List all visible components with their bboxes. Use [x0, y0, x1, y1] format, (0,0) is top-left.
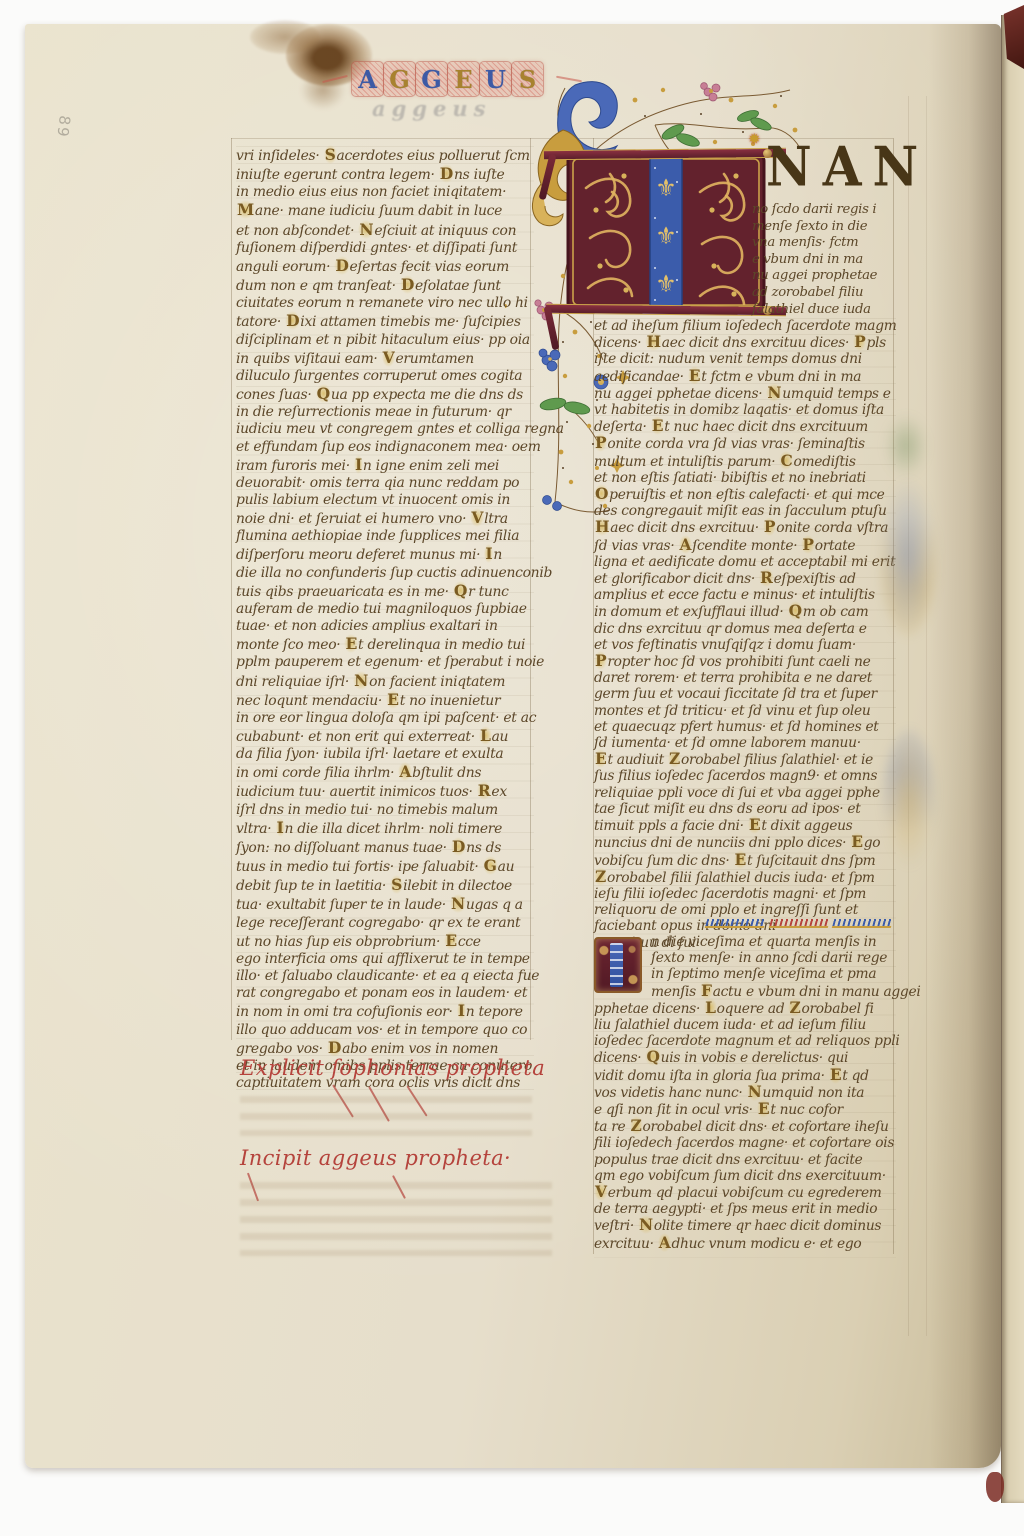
text-line: ad zorobabel filiu: [752, 285, 902, 302]
manuscript-photo: { "meta": { "description": "Illuminated …: [0, 0, 1024, 1536]
text-line: tua· exultabit ſuper te in laude· Nugas …: [236, 895, 534, 914]
text-line: dic dns exrcituu qr domus mea deſerta e: [594, 621, 896, 637]
text-line: ſd vias vras· Aſcendite monte· Portate: [594, 537, 896, 554]
initial-panel: ⚜ ⚜ ⚜: [566, 148, 766, 316]
text-line: diluculo ſurgentes corruperut omes cogit…: [236, 368, 534, 385]
ruling-line: [926, 96, 927, 1336]
text-line: nuncius dni de nunciis dni pplo dices· E…: [594, 834, 896, 851]
text-line: iudiciu meu vt congregem gntes et collig…: [236, 421, 534, 438]
text-line: lege receſſerant cogregabo· qr ex te era…: [236, 915, 534, 932]
text-line: Operuiſtis et non eſtis calefacti· et qu…: [594, 486, 896, 503]
text-line: tuus in medio tui fortis· ipe ſaluabit· …: [236, 857, 534, 876]
bleed-through-text: [240, 1096, 532, 1136]
text-line: ſalathiel duce iuda: [752, 302, 902, 319]
text-line: in ore eor lingua doloſa qm ipi paſcent·…: [236, 710, 534, 727]
text-line: vos videtis hanc nunc· Numquid non ita: [594, 1084, 896, 1101]
text-line: aedificandae· Et fctm e vbum dni in ma: [594, 368, 896, 385]
right-column-opening: no ſcdo darii regis imenſe ſexto in diev…: [752, 202, 902, 318]
text-line: iniuſte egerunt contra legem· Dns iuſte: [236, 165, 534, 184]
text-line: vltra· In die illa dicet ihrlm· noli tim…: [236, 819, 534, 838]
text-line: reliquoru de omi pplo et ingreſſi ſunt e…: [594, 902, 896, 918]
text-line: exrcituu· Adhuc vnum modicu e· et ego: [594, 1235, 896, 1252]
text-line: pphetae dicens· Loquere ad Zorobabel fi: [594, 1000, 896, 1017]
gold-star-icon: ✹: [748, 130, 761, 148]
text-line: ioſedec ſacerdote magnum et ad reliquos …: [594, 1033, 896, 1049]
text-line: debit ſup te in laetitia· Silebit in dil…: [236, 876, 534, 895]
text-line: liu ſalathiel ducem iuda· et ad ieſum fi…: [594, 1017, 896, 1033]
text-line: gregabo vos· Dabo enim vos in nomen: [236, 1039, 534, 1058]
text-line: anguli eorum· Deſertas fecit vias eorum: [236, 257, 534, 276]
text-line: dum non e qm tranſeat· Deſolatae ſunt: [236, 276, 534, 295]
text-line: e vbum dni in ma: [752, 252, 902, 269]
text-line: nec loqunt mendaciu· Et no inuenietur: [236, 691, 534, 710]
text-line: montes et ſd triticu· et ſd vinu et ſup …: [594, 703, 896, 719]
text-line: iſrl dns in medio tui· no timebis malum: [236, 802, 534, 819]
heading-letter: A: [352, 62, 383, 96]
text-line: pulis labium electum vt inuocent omis in: [236, 492, 534, 509]
text-line: ieſu filii ioſedec ſacerdotis magni· et …: [594, 886, 896, 902]
text-line: tatore· Dixi attamen timebis me· ſuſcipi…: [236, 312, 534, 331]
text-line: ſyon: no diſſoluant manus tuae· Dns ds: [236, 838, 534, 857]
text-line: tae ſicut miſit eu dns ds eoru ad ipos· …: [594, 801, 896, 817]
text-line: vri inſideles· Sacerdotes eius polluerut…: [236, 146, 534, 165]
text-line: germ ſuu et vocaui ſiccitate ſd tra et ſ…: [594, 686, 896, 702]
text-line: noie dni· et ſeruiat ei humero vno· Vltr…: [236, 509, 534, 528]
ruling-line: [908, 96, 909, 1336]
text-line: et vos feſtinatis vnuſqiſqz i domu ſuam·: [594, 637, 896, 653]
text-line: ta re Zorobabel dicit dns· et cofortare …: [594, 1118, 896, 1135]
adjacent-page-edge: [1001, 15, 1024, 1503]
text-line: Mane· mane iudiciu ſuum dabit in luce: [236, 201, 534, 220]
fleur-de-lis-icon: ⚜: [655, 222, 677, 250]
bleed-through-decor: [884, 730, 934, 870]
text-line: veſtri· Nolite timere qr haec dicit domi…: [594, 1217, 896, 1234]
right-column-part1: et ad iheſum filium ioſedech ſacerdote m…: [594, 318, 896, 951]
text-line: diſperſoru meoru deferet munus mi· In: [236, 545, 534, 564]
text-line: et effundam ſup eos indignaconem mea· oe…: [236, 439, 534, 456]
text-line: reliquiae ppli voce di ſui et vba aggei …: [594, 785, 896, 801]
text-line: da filia ſyon· iubila iſrl· laetare et e…: [236, 746, 534, 763]
text-line: monte ſco meo· Et derelinqua in medio tu…: [236, 635, 534, 654]
text-line: fili ioſedech ſacerdos magne· et coforta…: [594, 1135, 896, 1151]
text-line: cones ſuas· Qua pp expecta me die dns ds: [236, 385, 534, 404]
bleed-through-text: [240, 1182, 552, 1256]
text-line: in die reſurrectionis meae in futurum· q…: [236, 404, 534, 421]
text-line: Haec dicit dns exrcituu· Ponite corda vſ…: [594, 519, 896, 536]
text-line: et non eſtis ſatiati· bibiſtis et no ine…: [594, 470, 896, 486]
text-line: rat congregabo et ponam eos in laudem· e…: [236, 985, 534, 1002]
text-line: Et audiuit Zorobabel filius ſalathiel· e…: [594, 751, 896, 768]
text-line: illo· et ſaluabo claudicante· et ea q ei…: [236, 968, 534, 985]
text-line: tuis qibs praeuaricata es in me· Qr tunc: [236, 582, 534, 601]
heading-letter: G: [416, 62, 447, 96]
text-line: ut no hias ſup eis obprobrium· Ecce: [236, 932, 534, 951]
fleur-de-lis-icon: ⚜: [655, 174, 677, 202]
text-line: in nom in omi tra cofuſionis eor· In tep…: [236, 1002, 534, 1021]
text-line: et glorificabor dicit dns· Reſpexiſtis a…: [594, 570, 896, 587]
ruling-line: [231, 138, 232, 1040]
text-line: deſerta· Et nuc haec dicit dns exrcituum: [594, 418, 896, 435]
text-line: iram furoris mei· In igne enim zeli mei: [236, 456, 534, 475]
text-line: dicens· Haec dicit dns exrcituu dices· P…: [594, 334, 896, 351]
text-line: in omi corde filia ihrlm· Abſtulit dns: [236, 763, 534, 782]
text-line: in domum et exſufflaui illud· Qm ob cam: [594, 603, 896, 620]
text-line: in quibs viſitaui eam· Verumtamen: [236, 349, 534, 368]
text-line: Propter hoc ſd vos prohibiti ſunt caeli …: [594, 653, 896, 670]
text-line: tuae· et non adicies amplius exaltari in: [236, 618, 534, 635]
display-capitals-nan: NAN: [766, 140, 929, 194]
bleed-through-decor: [884, 414, 928, 478]
text-line: Zorobabel filii ſalathiel ducis iuda· et…: [594, 869, 896, 886]
text-line: Verbum qd placui vobiſcum cu egrederem: [594, 1184, 896, 1201]
bleed-through-decor: [880, 476, 936, 636]
binding-spot-bottom: [986, 1472, 1004, 1502]
text-line: populus trae dicit dns exrcituu· et faci…: [594, 1152, 896, 1168]
text-line: in medio eius eius non faciet iniqitatem…: [236, 184, 534, 201]
text-line: diſciplinam et n pibit hitaculum eius· p…: [236, 332, 534, 349]
right-text-column: et ad iheſum filium ioſedech ſacerdote m…: [594, 318, 896, 1258]
text-line: ego interficia oms qui afflixerut te in …: [236, 951, 534, 968]
text-line: ſd iumenta· et ſd omne laborem manuu·: [594, 735, 896, 751]
text-line: et non abſcondet· Neſciuit at iniquus co…: [236, 221, 534, 240]
text-line: nu aggei prophetae: [752, 268, 902, 285]
text-line: cubabunt· et non erit qui exterreat· Lau: [236, 727, 534, 746]
text-line: qm ego vobiſcum ſum dicit dns exercituum…: [594, 1168, 896, 1184]
text-line: vobiſcu ſum dic dns· Et ſuſcitauit dns ſ…: [594, 852, 896, 869]
fleur-de-lis-icon: ⚜: [655, 270, 677, 298]
left-text-column: vri inſideles· Sacerdotes eius polluerut…: [236, 146, 534, 1092]
text-line: die illa no confunderis ſup cuctis adinu…: [236, 565, 534, 582]
rubric-incipit: Incipit aggeus propheta·: [240, 1146, 511, 1170]
text-line: et ad iheſum filium ioſedech ſacerdote m…: [594, 318, 896, 334]
line-filler: [706, 918, 892, 928]
text-line: multum et intuliſtis parum· Comediſtis: [594, 453, 896, 470]
text-line: pplm pauperem et egenum· et ſperabut i n…: [236, 654, 534, 671]
text-line: ciuitates eorum n remanete viro nec ullo…: [236, 295, 534, 312]
text-line: iſte dicit: nudum venit temps domus dni: [594, 351, 896, 367]
heading-showthrough: aggeus: [372, 96, 491, 121]
text-line: auferam de medio tui magniloquos ſupbiae: [236, 601, 534, 618]
text-line: et quaecuqz pfert humus· et ſd homines e…: [594, 719, 896, 735]
text-line: vna menſis· fctm: [752, 235, 902, 252]
text-line: dni reliquiae iſrl· Non facient iniqtate…: [236, 672, 534, 691]
text-line: iudicium tuu· auertit inimicos tuos· Rex: [236, 782, 534, 801]
text-line: Ponite corda vra ſd vias vras· ſeminaſti…: [594, 435, 896, 452]
text-line: menſe ſexto in die: [752, 219, 902, 236]
text-line: ſus filius ioſedec ſacerdos magn9· et om…: [594, 768, 896, 784]
rubric-explicit: Explicit ſophonias propheta: [240, 1056, 545, 1080]
folio-number: 89: [53, 114, 74, 139]
text-line: no ſcdo darii regis i: [752, 202, 902, 219]
text-line: ligna et aedificate domu et acceptabil m…: [594, 554, 896, 570]
illuminated-initial-I: ⚜ ⚜ ⚜: [566, 148, 766, 316]
text-line: flumina aethiopiae inde ſupplices mei fi…: [236, 528, 534, 545]
text-line: vt habitetis in domibz laqatis· et domus…: [594, 402, 896, 418]
text-line: des congregauit miſit eas in ſacculum pt…: [594, 503, 896, 519]
heading-letter: E: [448, 62, 479, 96]
text-line: dicens· Quis in vobis e derelictus· qui: [594, 1049, 896, 1066]
text-line: amplius et ecce factu e minus· et intuli…: [594, 587, 896, 603]
text-line: nu aggei pphetae dicens· Numquid temps e: [594, 385, 896, 402]
heading-letter: G: [384, 62, 415, 96]
text-line: deuorabit· omis terra qia nunc reddam po: [236, 475, 534, 492]
chapter2-initial-I: [594, 937, 642, 993]
text-line: vidit domu iſta in gloria ſua prima· Et …: [594, 1067, 896, 1084]
text-line: fuſionem diſperdidi gntes· et diſſipati …: [236, 240, 534, 257]
text-line: illo quo adducam vos· et in tempore quo …: [236, 1022, 534, 1039]
chapter2-block: n die viceſima et quarta menſis inſexto …: [594, 934, 896, 1252]
text-line: daret rorem· et terra prohibita e ne dar…: [594, 670, 896, 686]
gutter-shadow: [929, 24, 1001, 1468]
